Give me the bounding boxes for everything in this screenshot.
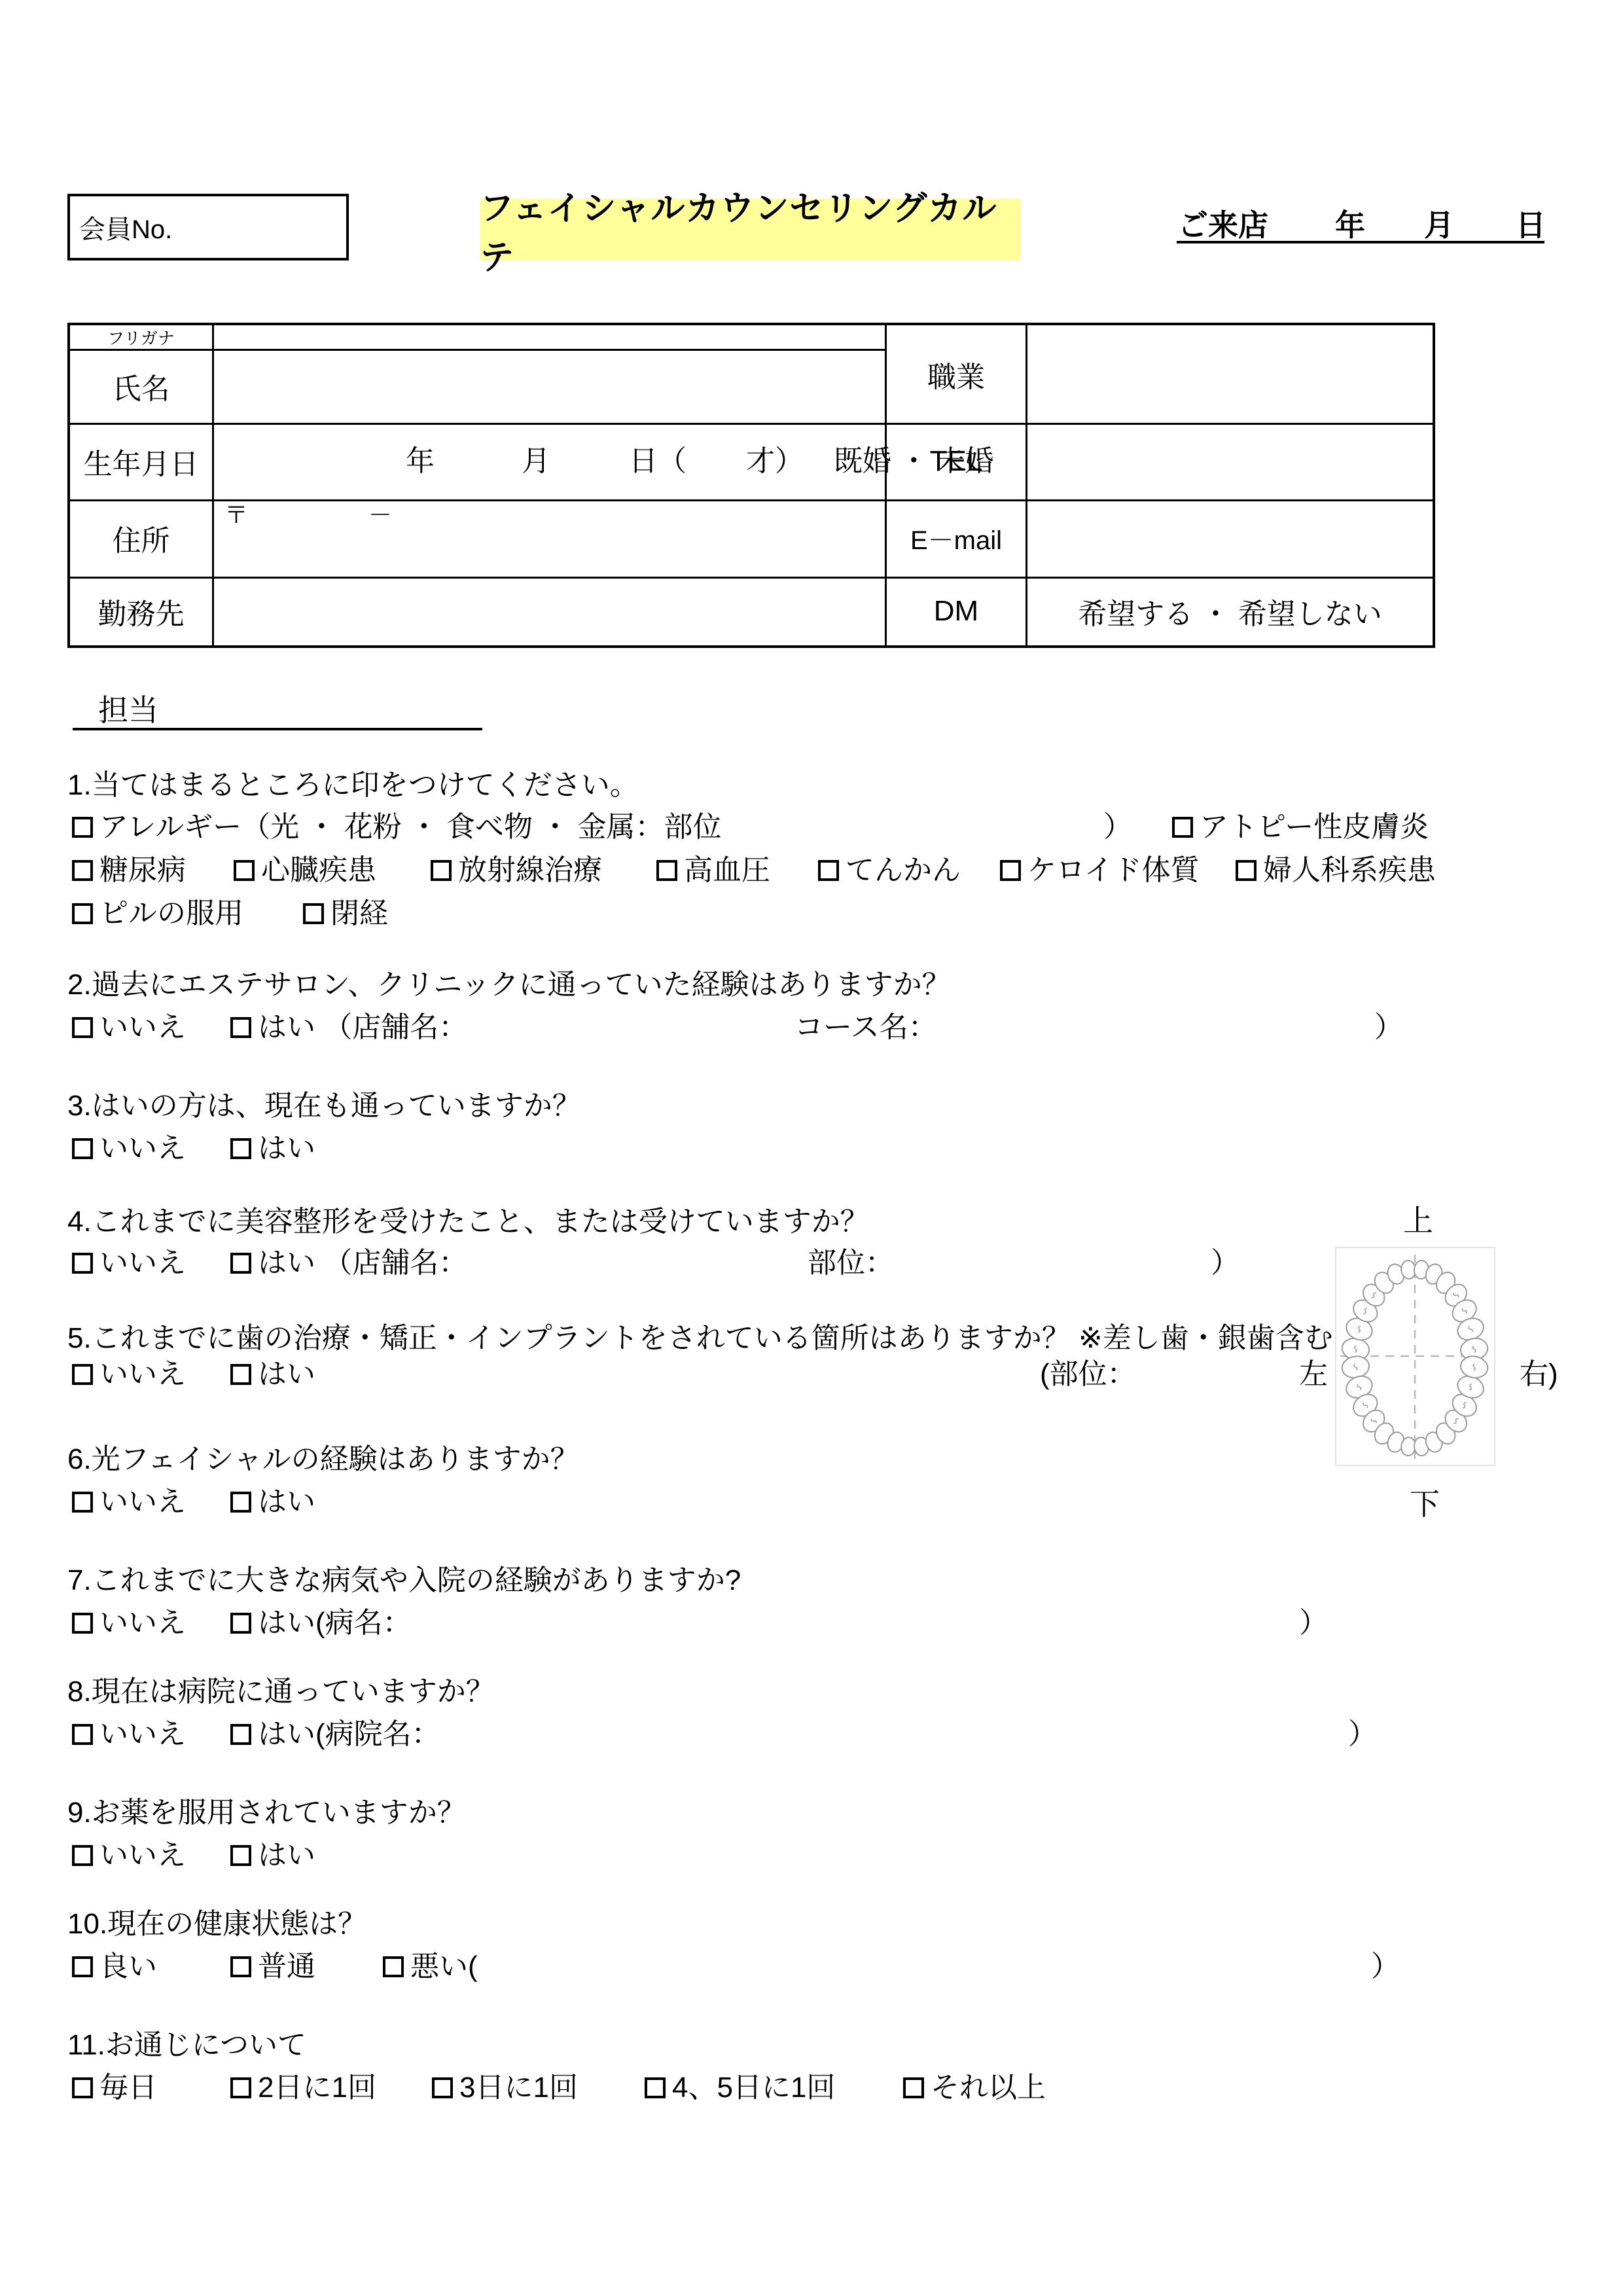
option-text: ） — [1103, 806, 1132, 849]
checkbox-option: はい(病院名： — [230, 1713, 440, 1756]
question-4-title: 4.これまでに美容整形を受けたこと、または受けていますか？ — [67, 1200, 869, 1244]
checkbox-option: はい(病名： — [230, 1602, 412, 1645]
checkbox-option: 3日に1回 — [432, 2066, 578, 2109]
question-7-title: 7.これまでに大きな病気や入院の経験がありますか? — [67, 1559, 741, 1602]
option-label: はい — [258, 1132, 315, 1164]
checkbox-square[interactable] — [230, 1253, 251, 1274]
option-label: ） — [1374, 1011, 1403, 1043]
option-label: はい — [258, 1839, 315, 1871]
option-label: ） — [1348, 1718, 1377, 1750]
option-label: はい(病院名： — [258, 1718, 440, 1750]
checkbox-square[interactable] — [230, 2077, 251, 2098]
teeth-lower-label: 下 — [1395, 1480, 1454, 1524]
checkbox-option: 高血圧 — [656, 849, 770, 892]
checkbox-square[interactable] — [234, 860, 255, 881]
checkbox-option: いいえ — [72, 1127, 186, 1170]
checkbox-option: 心臓疾患 — [234, 849, 376, 892]
option-label: ） — [1299, 1607, 1328, 1639]
option-label: 糖尿病 — [99, 854, 186, 886]
option-label: 放射線治療 — [458, 854, 602, 886]
checkbox-option: それ以上 — [903, 2066, 1046, 2109]
option-label: 部位： — [808, 1247, 894, 1279]
option-text: 右) — [1520, 1353, 1558, 1396]
checkbox-option: てんかん — [818, 849, 961, 892]
checkbox-square[interactable] — [645, 2077, 666, 2098]
option-label: ） — [1103, 811, 1132, 843]
checkbox-square[interactable] — [72, 1364, 93, 1385]
option-label: いいえ — [99, 1607, 186, 1639]
checkbox-square[interactable] — [230, 1613, 251, 1634]
question-10-options-line-1: 良い普通悪い(） — [0, 1945, 1623, 1988]
option-label: 悪い( — [410, 1950, 478, 1982]
checkbox-option: いいえ — [72, 1353, 186, 1396]
checkbox-option: 2日に1回 — [230, 2066, 376, 2109]
checkbox-option: 放射線治療 — [431, 849, 602, 892]
question-6-options-line-1: いいえはい — [0, 1480, 1623, 1524]
checkbox-square[interactable] — [1236, 860, 1257, 881]
option-text: ） — [1211, 1242, 1240, 1285]
checkbox-option: 糖尿病 — [72, 849, 186, 892]
option-label: 4、5日に1回 — [672, 2072, 835, 2104]
checkbox-square[interactable] — [230, 1364, 251, 1385]
option-label: それ以上 — [931, 2072, 1046, 2104]
option-label: 閉経 — [330, 897, 388, 929]
option-label: 2日に1回 — [258, 2072, 376, 2104]
checkbox-option: ケロイド体質 — [1000, 849, 1200, 892]
checkbox-option: 悪い( — [383, 1945, 478, 1988]
question-1-title: 1.当てはまるところに印をつけてください。 — [67, 764, 639, 807]
option-label: 婦人科系疾患 — [1263, 854, 1436, 886]
option-label: いいえ — [99, 1839, 186, 1871]
checkbox-option: いいえ — [72, 1602, 186, 1645]
checkbox-option: いいえ — [72, 1006, 186, 1049]
checkbox-square[interactable] — [72, 1613, 93, 1634]
option-label: いいえ — [99, 1247, 186, 1279]
option-label: はい — [258, 1486, 315, 1518]
checkbox-option: 普通 — [230, 1945, 315, 1988]
checkbox-square[interactable] — [72, 1253, 93, 1274]
option-text: ） — [1374, 1006, 1403, 1049]
option-text: ） — [1371, 1945, 1400, 1988]
option-label: いいえ — [99, 1132, 186, 1164]
option-label: はい(病名： — [258, 1607, 412, 1639]
question-8-title: 8.現在は病院に通っていますか？ — [67, 1670, 495, 1713]
checkbox-square[interactable] — [818, 860, 839, 881]
checkbox-square[interactable] — [1000, 860, 1021, 881]
option-label: はい （店舗名： — [258, 1247, 467, 1279]
option-label: はい — [258, 1358, 315, 1390]
option-label: はい （店舗名： — [258, 1011, 467, 1043]
checkbox-square[interactable] — [432, 2077, 453, 2098]
option-label: ケロイド体質 — [1027, 854, 1200, 886]
question-2-title: 2.過去にエステサロン、クリニックに通っていた経験はありますか？ — [67, 963, 951, 1007]
option-label: いいえ — [99, 1718, 186, 1750]
option-label: ） — [1371, 1950, 1400, 1982]
checkbox-square[interactable] — [72, 1845, 93, 1866]
checkbox-square[interactable] — [303, 903, 324, 924]
checkbox-square[interactable] — [230, 1492, 251, 1513]
checkbox-square[interactable] — [230, 1138, 251, 1159]
option-text: コース名： — [794, 1006, 937, 1049]
facial-counseling-form: { "page": { "background": "#ffffff", "te… — [0, 0, 1623, 2296]
checkbox-option: はい — [230, 1127, 315, 1170]
checkbox-square[interactable] — [230, 1845, 251, 1866]
option-label: 高血圧 — [684, 854, 770, 886]
checkbox-option: はい — [230, 1834, 315, 1877]
checkbox-option: 婦人科系疾患 — [1236, 849, 1436, 892]
checkbox-square[interactable] — [72, 817, 93, 838]
checkbox-option: 毎日 — [72, 2066, 157, 2109]
checkbox-option: はい （店舗名： — [230, 1006, 467, 1049]
checkbox-option: アトピー性皮膚炎 — [1172, 806, 1429, 849]
option-text: (部位： — [1040, 1353, 1136, 1396]
checkbox-square[interactable] — [72, 1956, 93, 1977]
checkbox-square[interactable] — [72, 2077, 93, 2098]
question-1-options-line-1: アレルギー（光 ・ 花粉 ・ 食べ物 ・ 金属：部位）アトピー性皮膚炎 — [0, 806, 1623, 849]
option-label: コース名： — [794, 1011, 937, 1043]
option-text: 左 — [1299, 1353, 1328, 1396]
option-label: 左 — [1299, 1358, 1328, 1390]
checkbox-square[interactable] — [656, 860, 677, 881]
question-3-title: 3.はいの方は、現在も通っていますか？ — [67, 1085, 581, 1128]
question-9-options-line-1: いいえはい — [0, 1834, 1623, 1877]
checkbox-square[interactable] — [431, 860, 452, 881]
teeth-diagram — [1335, 1247, 1495, 1466]
option-label: 普通 — [258, 1950, 315, 1982]
option-label: (部位： — [1040, 1358, 1136, 1390]
question-11-title: 11.お通じについて — [67, 2024, 306, 2067]
question-2-options-line-1: いいえはい （店舗名：コース名：） — [0, 1006, 1623, 1049]
checkbox-square[interactable] — [72, 1138, 93, 1159]
questions-section: 1.当てはまるところに印をつけてください。アレルギー（光 ・ 花粉 ・ 食べ物 … — [0, 0, 1623, 2296]
option-label: いいえ — [99, 1486, 186, 1518]
checkbox-option: はい （店舗名： — [230, 1242, 467, 1285]
checkbox-square[interactable] — [72, 1492, 93, 1513]
option-text: ） — [1299, 1602, 1328, 1645]
option-label: 心臓疾患 — [261, 854, 376, 886]
checkbox-option: 良い — [72, 1945, 157, 1988]
checkbox-square[interactable] — [230, 1724, 251, 1745]
question-1-options-line-3: ピルの服用閉経 — [0, 892, 1623, 935]
question-9-title: 9.お薬を服用されていますか？ — [67, 1791, 466, 1835]
checkbox-square[interactable] — [1172, 817, 1193, 838]
checkbox-option: はい — [230, 1480, 315, 1524]
option-label: 3日に1回 — [459, 2072, 578, 2104]
option-label: いいえ — [99, 1358, 186, 1390]
checkbox-square[interactable] — [230, 1956, 251, 1977]
checkbox-square[interactable] — [72, 903, 93, 924]
checkbox-square[interactable] — [383, 1956, 404, 1977]
option-label: ピルの服用 — [99, 897, 243, 929]
checkbox-square[interactable] — [72, 1017, 93, 1038]
option-text: ） — [1348, 1713, 1377, 1756]
checkbox-option: 閉経 — [303, 892, 388, 935]
option-label: ） — [1211, 1247, 1240, 1279]
checkbox-option: はい — [230, 1353, 315, 1396]
question-1-options-line-2: 糖尿病心臓疾患放射線治療高血圧てんかんケロイド体質婦人科系疾患 — [0, 849, 1623, 892]
checkbox-option: いいえ — [72, 1713, 186, 1756]
option-label: アレルギー（光 ・ 花粉 ・ 食べ物 ・ 金属：部位 — [99, 811, 722, 843]
option-label: 良い — [99, 1950, 157, 1982]
checkbox-square[interactable] — [230, 1017, 251, 1038]
checkbox-option: アレルギー（光 ・ 花粉 ・ 食べ物 ・ 金属：部位 — [72, 806, 722, 849]
question-8-options-line-1: いいえはい(病院名：） — [0, 1713, 1623, 1756]
checkbox-square[interactable] — [72, 1724, 93, 1745]
checkbox-option: ピルの服用 — [72, 892, 243, 935]
question-11-options-line-1: 毎日2日に1回3日に1回4、5日に1回それ以上 — [0, 2066, 1623, 2109]
option-label: アトピー性皮膚炎 — [1200, 811, 1429, 843]
checkbox-option: いいえ — [72, 1834, 186, 1877]
checkbox-option: 4、5日に1回 — [645, 2066, 835, 2109]
checkbox-square[interactable] — [903, 2077, 924, 2098]
question-3-options-line-1: いいえはい — [0, 1127, 1623, 1170]
checkbox-option: いいえ — [72, 1480, 186, 1524]
option-text: 部位： — [808, 1242, 894, 1285]
teeth-upper-label: 上 — [1389, 1197, 1448, 1240]
checkbox-option: いいえ — [72, 1242, 186, 1285]
checkbox-square[interactable] — [72, 860, 93, 881]
option-label: てんかん — [846, 854, 961, 886]
option-label: 毎日 — [99, 2072, 157, 2104]
question-6-title: 6.光フェイシャルの経験はありますか？ — [67, 1438, 579, 1481]
option-label: 右) — [1520, 1358, 1558, 1390]
option-label: いいえ — [99, 1011, 186, 1043]
question-10-title: 10.現在の健康状態は？ — [67, 1903, 366, 1946]
question-7-options-line-1: いいえはい(病名：） — [0, 1602, 1623, 1645]
